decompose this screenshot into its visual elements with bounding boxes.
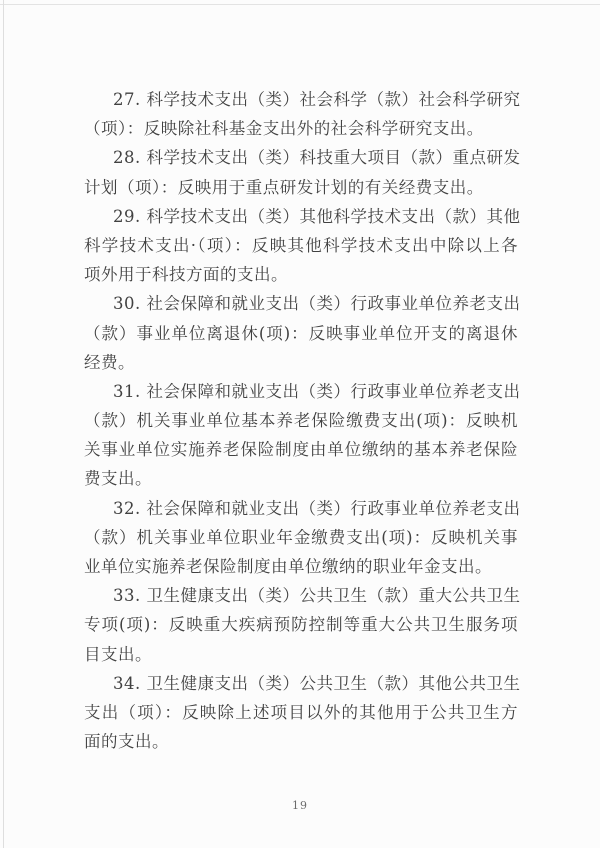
text-line: 计划（项）：反映用于重点研发计划的有关经费支出。 bbox=[84, 173, 518, 202]
text-line: 33. 卫生健康支出（类）公共卫生（款）重大公共卫生 bbox=[84, 581, 518, 610]
text-line: 34. 卫生健康支出（类）公共卫生（款）其他公共卫生 bbox=[84, 669, 518, 698]
paragraph-27: 27. 科学技术支出（类）社会科学（款）社会科学研究（项）：反映除社科基金支出外… bbox=[84, 85, 518, 143]
text-line: 面的支出。 bbox=[84, 727, 518, 756]
text-line: 31. 社会保障和就业支出（类）行政事业单位养老支出 bbox=[84, 377, 518, 406]
paragraph-32: 32. 社会保障和就业支出（类）行政事业单位养老支出（款）机关事业单位职业年金缴… bbox=[84, 494, 518, 582]
text-line: 目支出。 bbox=[84, 640, 518, 669]
text-line: 业单位实施养老保险制度由单位缴纳的职业年金支出。 bbox=[84, 552, 518, 581]
text-line: 32. 社会保障和就业支出（类）行政事业单位养老支出 bbox=[84, 494, 518, 523]
text-line: 支出（项）：反映除上述项目以外的其他用于公共卫生方 bbox=[84, 698, 518, 727]
page-edge-top bbox=[0, 4, 600, 5]
page-number: 19 bbox=[0, 799, 600, 812]
document-body: 27. 科学技术支出（类）社会科学（款）社会科学研究（项）：反映除社科基金支出外… bbox=[84, 85, 518, 756]
text-line: 27. 科学技术支出（类）社会科学（款）社会科学研究 bbox=[84, 85, 518, 114]
document-page: 27. 科学技术支出（类）社会科学（款）社会科学研究（项）：反映除社科基金支出外… bbox=[0, 0, 600, 848]
text-line: （款）机关事业单位职业年金缴费支出(项)：反映机关事 bbox=[84, 523, 518, 552]
text-line: 28. 科学技术支出（类）科技重大项目（款）重点研发 bbox=[84, 143, 518, 172]
text-line: 29. 科学技术支出（类）其他科学技术支出（款）其他 bbox=[84, 202, 518, 231]
page-edge-left bbox=[3, 0, 4, 848]
text-line: 关事业单位实施养老保险制度由单位缴纳的基本养老保险 bbox=[84, 435, 518, 464]
paragraph-29: 29. 科学技术支出（类）其他科学技术支出（款）其他科学技术支出·（项）：反映其… bbox=[84, 202, 518, 290]
paragraph-28: 28. 科学技术支出（类）科技重大项目（款）重点研发计划（项）：反映用于重点研发… bbox=[84, 143, 518, 201]
text-line: （款）事业单位离退休(项)：反映事业单位开支的离退休 bbox=[84, 319, 518, 348]
text-line: 30. 社会保障和就业支出（类）行政事业单位养老支出 bbox=[84, 289, 518, 318]
text-line: 经费。 bbox=[84, 348, 518, 377]
text-line: （款）机关事业单位基本养老保险缴费支出(项)：反映机 bbox=[84, 406, 518, 435]
paragraph-34: 34. 卫生健康支出（类）公共卫生（款）其他公共卫生支出（项）：反映除上述项目以… bbox=[84, 669, 518, 757]
paragraph-31: 31. 社会保障和就业支出（类）行政事业单位养老支出（款）机关事业单位基本养老保… bbox=[84, 377, 518, 494]
text-line: 费支出。 bbox=[84, 464, 518, 493]
paragraph-30: 30. 社会保障和就业支出（类）行政事业单位养老支出（款）事业单位离退休(项)：… bbox=[84, 289, 518, 377]
paragraph-33: 33. 卫生健康支出（类）公共卫生（款）重大公共卫生专项(项)：反映重大疾病预防… bbox=[84, 581, 518, 669]
text-line: 项外用于科技方面的支出。 bbox=[84, 260, 518, 289]
text-line: 专项(项)：反映重大疾病预防控制等重大公共卫生服务项 bbox=[84, 610, 518, 639]
text-line: 科学技术支出·（项）：反映其他科学技术支出中除以上各 bbox=[84, 231, 518, 260]
text-line: （项）：反映除社科基金支出外的社会科学研究支出。 bbox=[84, 114, 518, 143]
